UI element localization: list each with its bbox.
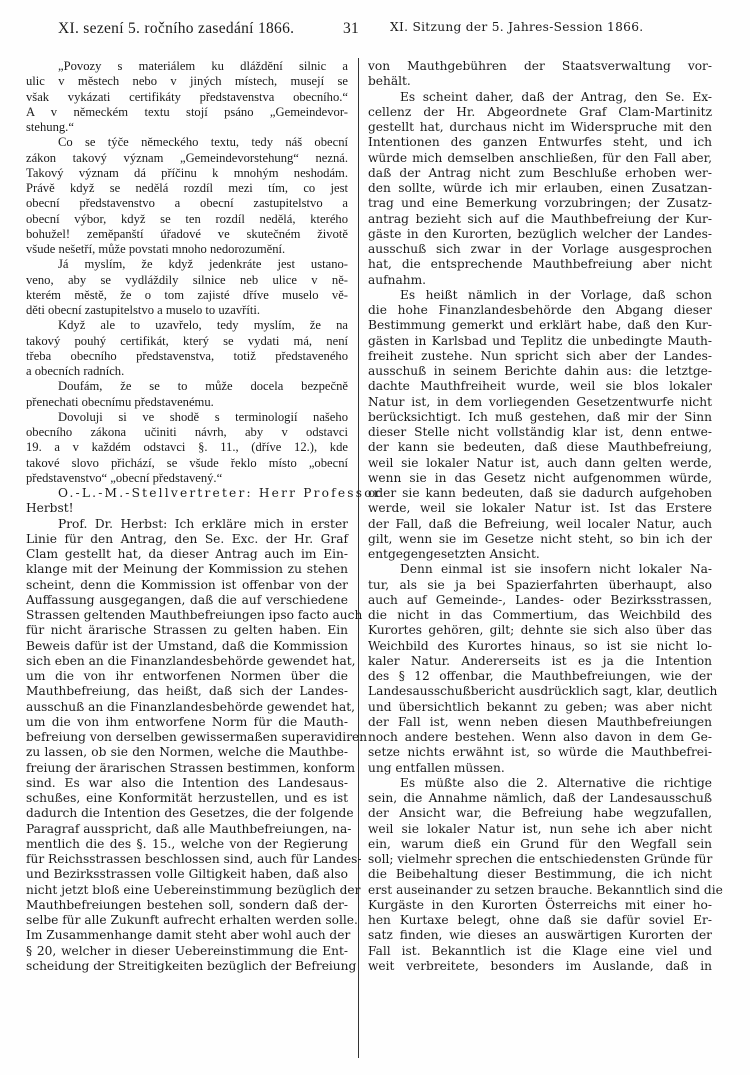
page-header: XI. sezení 5. ročního zasedání 1866. 31 …: [0, 14, 750, 38]
text-line: ausschuß in seinem Berichte dahin aus: d…: [368, 364, 712, 379]
text-line: Fall ist. Bekanntlich ist die Klage eine…: [368, 944, 712, 959]
text-line: klange mit der Meinung der Kommission zu…: [26, 562, 348, 577]
text-line: Já myslím, že když jedenkráte jest ustan…: [26, 257, 348, 272]
right-column: von Mauthgebühren der Staatsverwaltung v…: [368, 59, 712, 974]
text-line: weit verbreitete, besonders im Auslande,…: [368, 959, 712, 974]
text-line: Auffassung ausgegangen, daß die auf vers…: [26, 593, 348, 608]
text-line: soll; vielmehr sprechen die entschiedens…: [368, 852, 712, 867]
text-line: ausschuß sich zwar in der Vorlage ausges…: [368, 242, 712, 257]
text-line: takové slovo přichází, se všude řeklo mí…: [26, 456, 348, 471]
text-line: veno, aby se vydláždily silnice neb ulic…: [26, 273, 348, 288]
text-line: sein, die Annahme nämlich, daß der Lande…: [368, 791, 712, 806]
text-line: Herbst!: [26, 501, 348, 516]
text-line: dieser Stelle nicht vollständig klar ist…: [368, 425, 712, 440]
text-line: des § 12 offenbar, die Mauthbefreiungen,…: [368, 669, 712, 684]
text-line: třeba obecního představenstva, totiž pře…: [26, 349, 348, 364]
text-line: tur, als sie ja bei Spazierfahrten überh…: [368, 578, 712, 593]
text-line: der Fall ist, wenn neben diesen Mauthbef…: [368, 715, 712, 730]
text-line: Kurgäste in den Kurorten Österreichs mit…: [368, 898, 712, 913]
header-title-czech: XI. sezení 5. ročního zasedání 1866.: [58, 20, 294, 38]
text-line: Paragraf ausspricht, daß alle Mauthbefre…: [26, 822, 348, 837]
text-line: sich eben an die Finanzlandesbehörde gew…: [26, 654, 348, 669]
text-line: § 20, welcher in dieser Uebereinstimmung…: [26, 944, 348, 959]
text-line: freiung der ärarischen Strassen bestimme…: [26, 761, 348, 776]
document-page: XI. sezení 5. ročního zasedání 1866. 31 …: [0, 0, 750, 1075]
text-line: takový pouhý certifikát, který se vydati…: [26, 334, 348, 349]
text-line: auch auf Gemeinde-, Landes- oder Bezirks…: [368, 593, 712, 608]
text-line: zu lassen, ob sie den Normen, welche die…: [26, 745, 348, 760]
text-line: oder sie kann bedeuten, daß sie dadurch …: [368, 486, 712, 501]
text-line: der Ansicht war, die Befreiung habe wegz…: [368, 806, 712, 821]
text-line: a obecních radních.: [26, 364, 348, 379]
text-line: aufnahm.: [368, 273, 712, 288]
text-line: für Reichsstrassen beschlossen sind, auc…: [26, 852, 348, 867]
text-line: den sollte, würde ich mir erlauben, eine…: [368, 181, 712, 196]
text-line: um die von ihm entworfene Norm für die M…: [26, 715, 348, 730]
text-line: Landesausschußbericht ausdrücklich sagt,…: [368, 684, 712, 699]
text-line: všude nešetří, může povstati mnoho nedor…: [26, 242, 348, 257]
text-line: děti obecní zastupitelstvo a muselo to u…: [26, 303, 348, 318]
text-line: ausschuß an die Finanzlandesbehörde gewe…: [26, 700, 348, 715]
text-line: obecní představenstvo a obecní zastupite…: [26, 196, 348, 211]
text-line: entgegengesetzten Ansicht.: [368, 547, 712, 562]
text-line: Když ale to uzavřelo, tedy myslím, že na: [26, 318, 348, 333]
text-line: Denn einmal ist sie insofern nicht lokal…: [368, 562, 712, 577]
text-line: nicht jetzt bloß eine Uebereinstimmung b…: [26, 883, 348, 898]
text-line: Doufám, že se to může docela bezpečně: [26, 379, 348, 394]
text-line: O.-L.-M.-Stellvertreter: Herr Professor: [26, 486, 348, 501]
text-line: Weichbild des Kurortes hinaus, so ist si…: [368, 639, 712, 654]
text-line: sind. Es war also die Intention des Land…: [26, 776, 348, 791]
text-line: mentlich die des §. 15., welche von der …: [26, 837, 348, 852]
text-line: gilt, wenn sie im Gesetze nicht steht, s…: [368, 532, 712, 547]
text-line: ein, warum dieß ein Grund für den Wegfal…: [368, 837, 712, 852]
text-line: ulic v městech nebo v jiných místech, mu…: [26, 74, 348, 89]
text-line: Takový význam dá příčinu k mnohým neshod…: [26, 166, 348, 181]
text-line: wenn sie in das Gesetz nicht aufgenommen…: [368, 471, 712, 486]
header-title-german: XI. Sitzung der 5. Jahres-Session 1866.: [390, 20, 643, 34]
text-line: Natur ist, in dem vorliegenden Gesetzent…: [368, 395, 712, 410]
text-line: Intentionen des ganzen Entwurfes steht, …: [368, 135, 712, 150]
text-line: setze nichts erwähnt ist, so würde die M…: [368, 745, 712, 760]
text-line: dachte Mauthfreiheit wurde, weil sie blo…: [368, 379, 712, 394]
text-line: von Mauthgebühren der Staatsverwaltung v…: [368, 59, 712, 74]
text-line: Im Zusammenhange damit steht aber wohl a…: [26, 928, 348, 943]
text-line: Linie für den Antrag, den Se. Exc. der H…: [26, 532, 348, 547]
text-line: zákon takový význam „Gemeindevorstehung“…: [26, 151, 348, 166]
text-line: dadurch die Intention des Gesetzes, die …: [26, 806, 348, 821]
text-line: behält.: [368, 74, 712, 89]
text-line: trag und eine Bemerkung vorzubringen; de…: [368, 196, 712, 211]
text-line: přenechati obecnímu představenému.: [26, 395, 348, 410]
text-line: Mauthbefreiungen bestehen soll, sondern …: [26, 898, 348, 913]
text-line: selbe für alle Zukunft aufrecht erhalten…: [26, 913, 348, 928]
text-line: stehung.“: [26, 120, 348, 135]
text-line: však vykázati certifikáty představenstva…: [26, 90, 348, 105]
text-line: gästen in Karlsbad und Teplitz die unbed…: [368, 334, 712, 349]
text-line: Es scheint daher, daß der Antrag, den Se…: [368, 90, 712, 105]
text-line: gäste in den Kurorten, bezüglich welcher…: [368, 227, 712, 242]
text-line: für nicht ärarische Strassen zu gelten h…: [26, 623, 348, 638]
text-line: Prof. Dr. Herbst: Ich erkläre mich in er…: [26, 517, 348, 532]
text-line: obecního zákona učiniti návrh, aby v ods…: [26, 425, 348, 440]
text-line: um die von ihr entworfenen Normen über d…: [26, 669, 348, 684]
text-line: Beweis dafür ist der Umstand, daß die Ko…: [26, 639, 348, 654]
text-line: scheidung der Streitigkeiten bezüglich d…: [26, 959, 348, 974]
text-line: noch andere bestehen. Wenn also davon in…: [368, 730, 712, 745]
text-line: daß der Antrag nicht zum Beschluße erhob…: [368, 166, 712, 181]
text-line: představenstvo“ „obecní představený.“: [26, 471, 348, 486]
text-line: werde, weil sie lokaler Natur ist. Ist d…: [368, 501, 712, 516]
text-line: Mauthbefreiung, das heißt, daß sich der …: [26, 684, 348, 699]
text-line: Strassen geltenden Mauthbefreiungen ipso…: [26, 608, 348, 623]
text-line: die Beibehaltung dieser Bestimmung, die …: [368, 867, 712, 882]
text-line: Kurortes gehören, gilt; dehnte sie sich …: [368, 623, 712, 638]
text-line: 19. a v každém odstavci §. 11., (dříve 1…: [26, 440, 348, 455]
text-line: hat, die entsprechende Mauthbefreiung ab…: [368, 257, 712, 272]
text-line: befreiung von derselben gewissermaßen su…: [26, 730, 348, 745]
text-line: Dovoluji si ve shodě s terminologií naše…: [26, 410, 348, 425]
column-divider: [358, 58, 359, 1058]
text-line: bohužel! zeměpanští úřadové ve skutečném…: [26, 227, 348, 242]
text-line: schußes, eine Konformität herzustellen, …: [26, 791, 348, 806]
text-line: die hohe Finanzlandesbehörde den Abgang …: [368, 303, 712, 318]
text-line: und Bezirksstrassen volle Giltigkeit hab…: [26, 867, 348, 882]
text-line: der Fall, daß die Befreiung, weil locale…: [368, 517, 712, 532]
left-column: „Povozy s materiálem ku dláždění silnic …: [26, 59, 348, 974]
text-line: satz finden, wie dieses an auswärtigen K…: [368, 928, 712, 943]
text-line: Es müßte also die 2. Alternative die ric…: [368, 776, 712, 791]
text-line: kterém městě, že o tom zajisté dříve mus…: [26, 288, 348, 303]
text-line: cellenz der Hr. Abgeordnete Graf Clam-Ma…: [368, 105, 712, 120]
text-line: weil sie lokaler Natur ist, auch dann ge…: [368, 456, 712, 471]
text-line: scheint, denn die Kommission ist offenba…: [26, 578, 348, 593]
text-line: Co se týče německého textu, tedy náš obe…: [26, 135, 348, 150]
text-line: berücksichtigt. Ich muß gestehen, daß mi…: [368, 410, 712, 425]
page-number: 31: [343, 20, 359, 38]
text-line: würde mich demselben anschließen, für de…: [368, 151, 712, 166]
text-line: antrag bezieht sich auf die Mauthbefreiu…: [368, 212, 712, 227]
text-line: A v německém textu stojí psáno „Gemeinde…: [26, 105, 348, 120]
text-line: erst auseinander zu setzen brauche. Beka…: [368, 883, 712, 898]
text-line: hen Kurtaxe belegt, ohne daß sie dafür s…: [368, 913, 712, 928]
text-line: ung entfallen müssen.: [368, 761, 712, 776]
text-line: Es heißt nämlich in der Vorlage, daß sch…: [368, 288, 712, 303]
text-line: gestellt hat, durchaus nicht im Widerspr…: [368, 120, 712, 135]
text-line: weil sie lokaler Natur ist, nun sehe ich…: [368, 822, 712, 837]
text-line: Bestimmung gemerkt und erklärt habe, daß…: [368, 318, 712, 333]
text-line: obecní výbor, když se ten rozdíl nedělá,…: [26, 212, 348, 227]
text-line: Clam gestellt hat, da dieser Antrag auch…: [26, 547, 348, 562]
text-line: „Povozy s materiálem ku dláždění silnic …: [26, 59, 348, 74]
text-line: Právě když se nedělá rozdíl mezi tím, co…: [26, 181, 348, 196]
text-line: kaler Natur. Andererseits ist es ja die …: [368, 654, 712, 669]
text-line: freiheit zustehe. Nun spricht sich aber …: [368, 349, 712, 364]
text-line: der kann sie bedeuten, daß diese Mauthbe…: [368, 440, 712, 455]
text-line: die nicht in das Commertium, das Weichbi…: [368, 608, 712, 623]
text-line: und übersichtlich bekannt zu geben; was …: [368, 700, 712, 715]
